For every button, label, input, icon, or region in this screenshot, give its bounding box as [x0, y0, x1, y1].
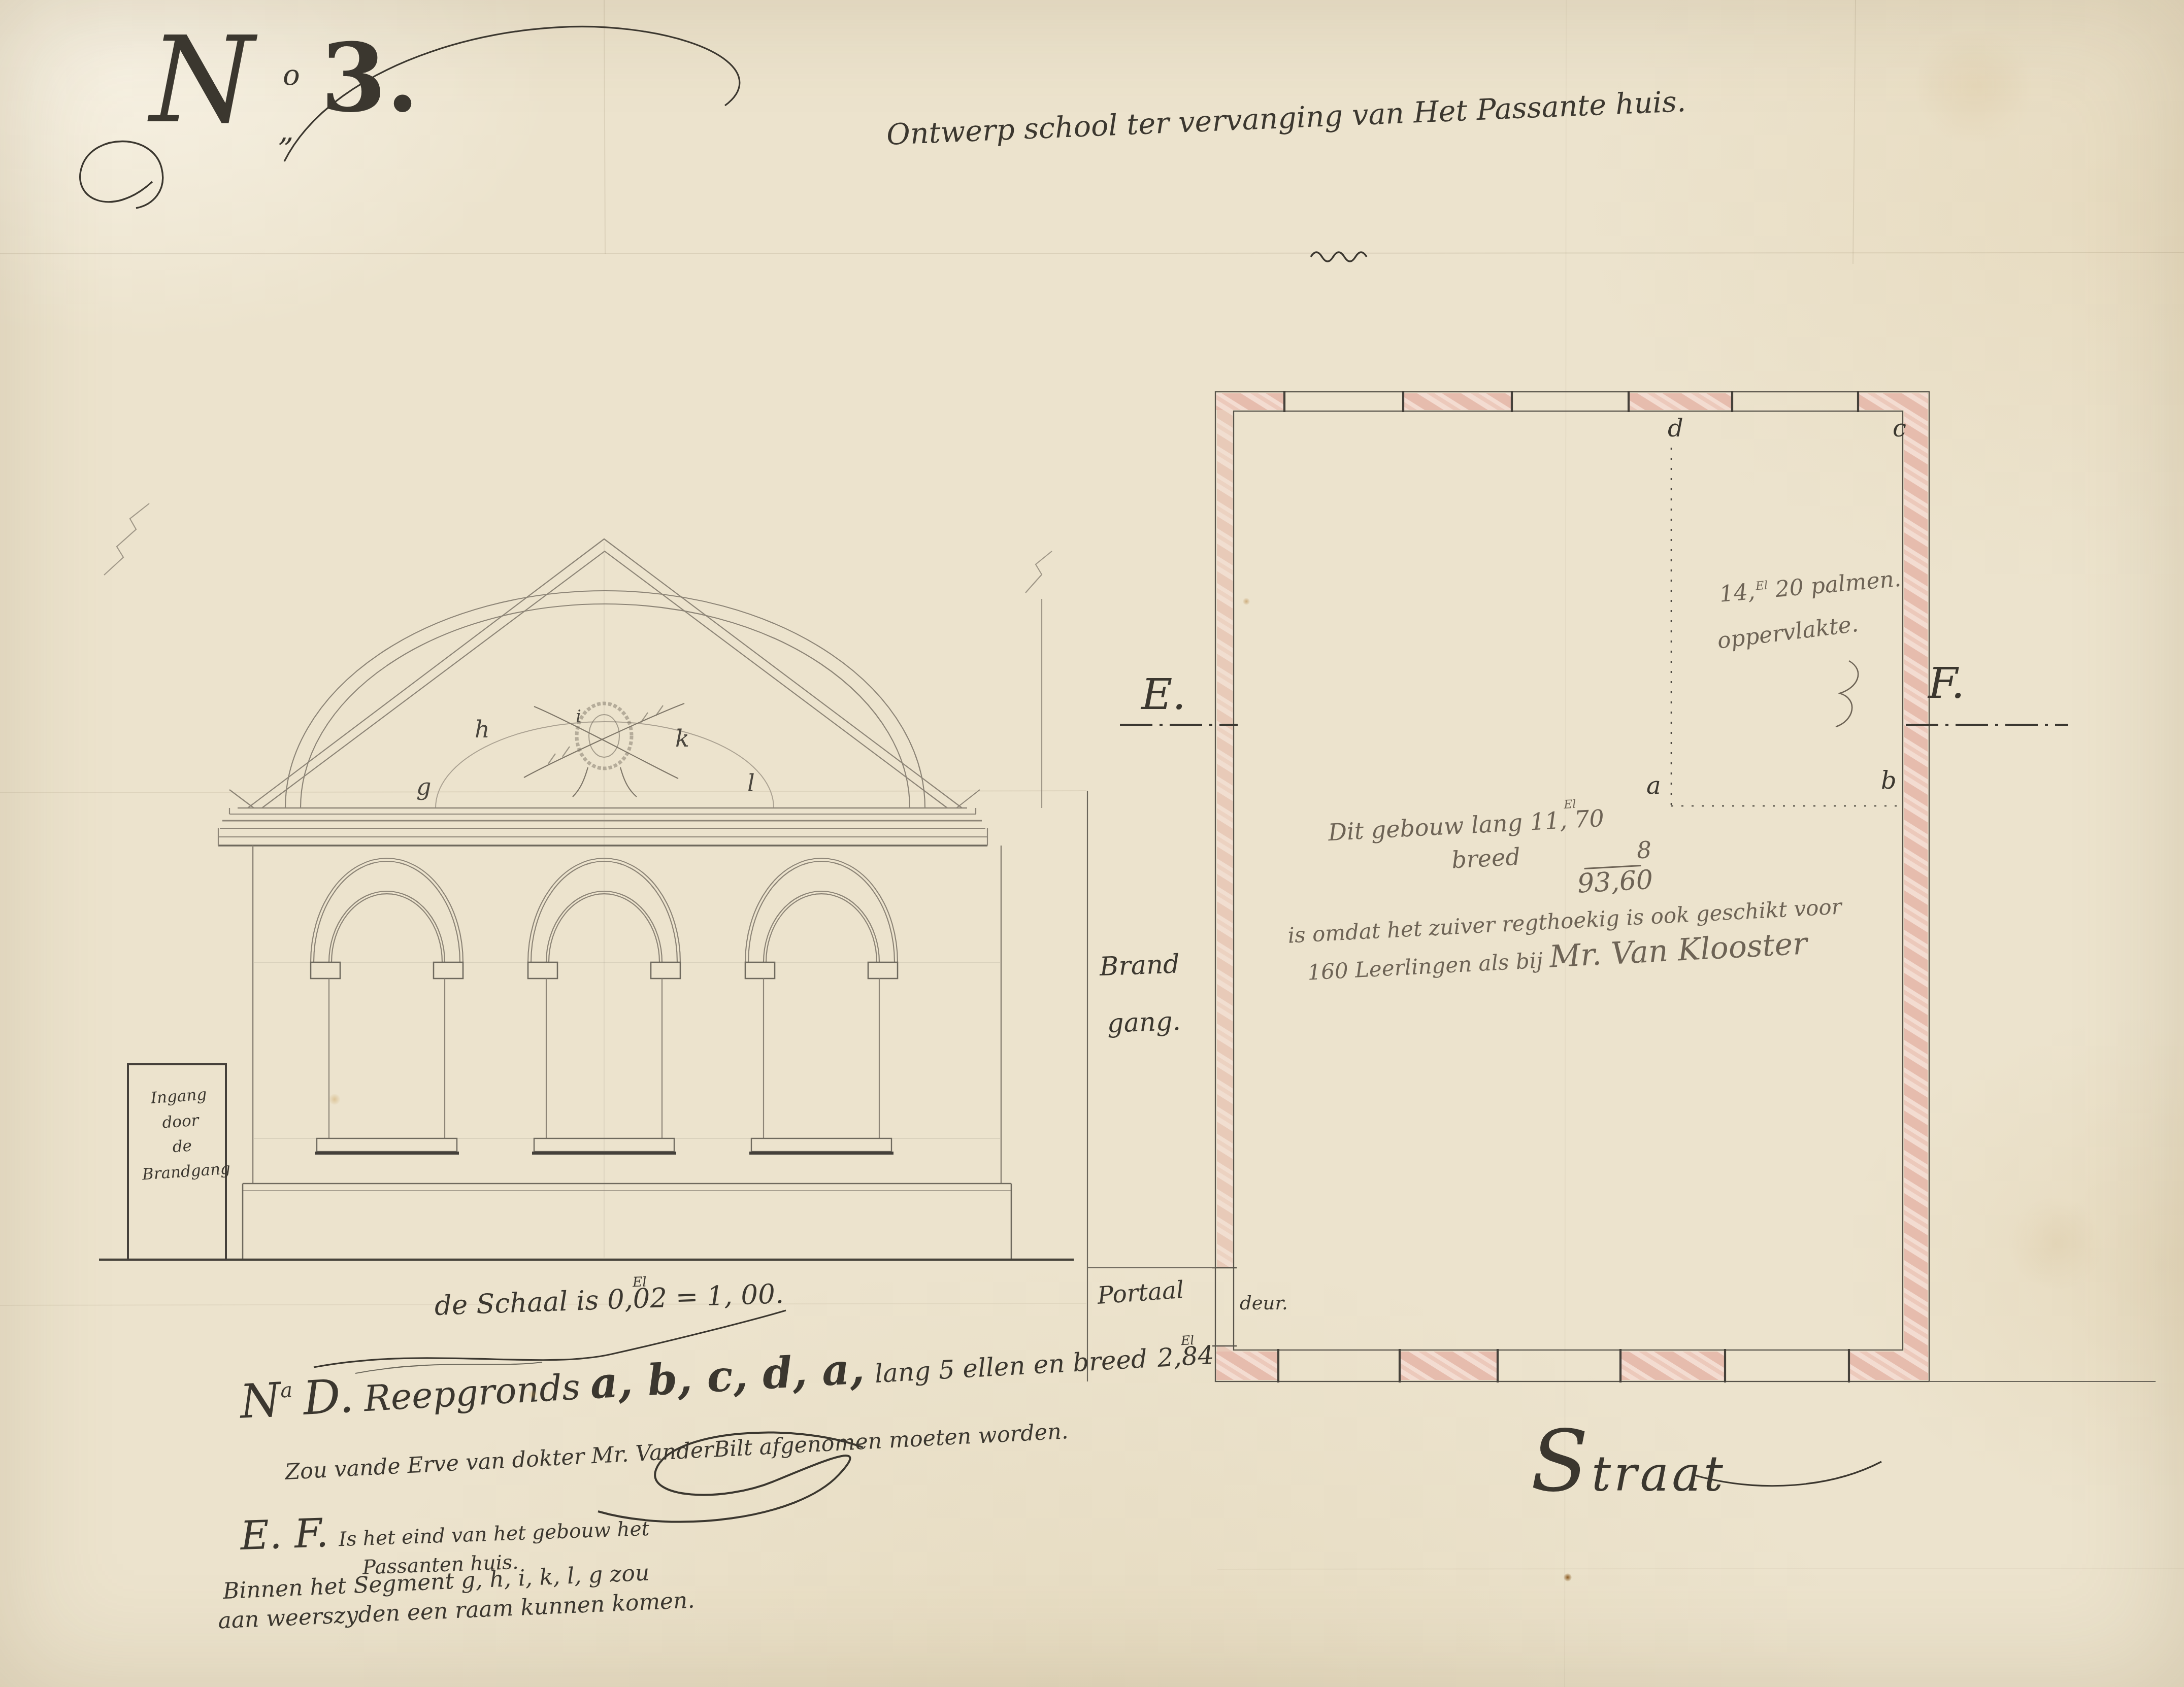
- size-note-line1-value: El11, 70: [1529, 805, 1605, 835]
- arc-letter-l: l: [747, 770, 755, 796]
- note2-line1: Is het eind van het gebouw het: [338, 1519, 650, 1551]
- deur-label: deur.: [1240, 1293, 1288, 1314]
- arc-letter-i: i: [576, 707, 581, 726]
- portaal-label: Portaal: [1097, 1277, 1185, 1309]
- elevation-drawing: [99, 503, 1074, 1260]
- section-letter-e: E.: [1141, 671, 1186, 718]
- scale-note-value: El0,02: [607, 1284, 668, 1315]
- sheet-number-sub: „: [278, 114, 294, 148]
- foxing-spot: [329, 1094, 340, 1105]
- scale-note-tail: = 1, 00.: [675, 1278, 784, 1313]
- arched-window: [745, 858, 898, 1153]
- area-note-unit: El: [1755, 579, 1768, 593]
- size-note-line2-value: 8: [1636, 836, 1652, 864]
- note1-lead-sup: a: [280, 1378, 293, 1402]
- arched-window: [311, 858, 463, 1153]
- plan-letter-c: c: [1893, 415, 1906, 442]
- paper-creases: [0, 0, 2184, 1687]
- note1-unit: El: [1180, 1333, 1195, 1348]
- foxing-spot: [1243, 598, 1250, 605]
- entrance-box-label: Ingang door de Brandgang: [136, 1081, 226, 1187]
- straat-label: Straat: [1531, 1416, 1726, 1509]
- arc-letter-h: h: [475, 717, 490, 743]
- section-letter-f: F.: [1928, 660, 1965, 706]
- brandgang-label-line1: Brand: [1099, 950, 1180, 982]
- paper-stain: [1909, 30, 2041, 142]
- arc-letter-k: k: [675, 726, 689, 752]
- note1-value: El2,84: [1156, 1341, 1214, 1372]
- sheet-number-value: 3.: [321, 26, 419, 130]
- plan-letter-d: d: [1668, 415, 1683, 442]
- scanned-architectural-drawing: N o „ 3. Ontwerp school ter vervanging v…: [0, 0, 2184, 1687]
- sheet-number-n: N: [150, 15, 254, 147]
- scale-note-unit: El: [632, 1274, 647, 1290]
- arc-letter-g: g: [416, 774, 431, 800]
- foxing-spot: [528, 1390, 537, 1399]
- foxing-spot: [1564, 1573, 1572, 1581]
- note2-lead: E. F.: [240, 1512, 329, 1559]
- drawing-linework: [0, 0, 2184, 1687]
- sheet-number-sup: o: [283, 60, 300, 91]
- plan-letter-b: b: [1881, 767, 1897, 794]
- note1-d: D.: [302, 1370, 355, 1424]
- pen-flourishes: [80, 26, 1881, 1522]
- scale-note-lead: de Schaal is: [434, 1285, 599, 1322]
- size-note: Dit gebouw lang El11, 70 breed 8 93,60 i…: [1282, 792, 1859, 987]
- size-note-line2-lead: breed: [1451, 842, 1521, 873]
- plan-letter-a: a: [1646, 772, 1661, 799]
- note1-lead: N: [239, 1373, 282, 1429]
- paper-stain: [2005, 1198, 2107, 1289]
- size-note-line1-unit: El: [1564, 798, 1576, 812]
- brandgang-label-line2: gang.: [1107, 1007, 1181, 1038]
